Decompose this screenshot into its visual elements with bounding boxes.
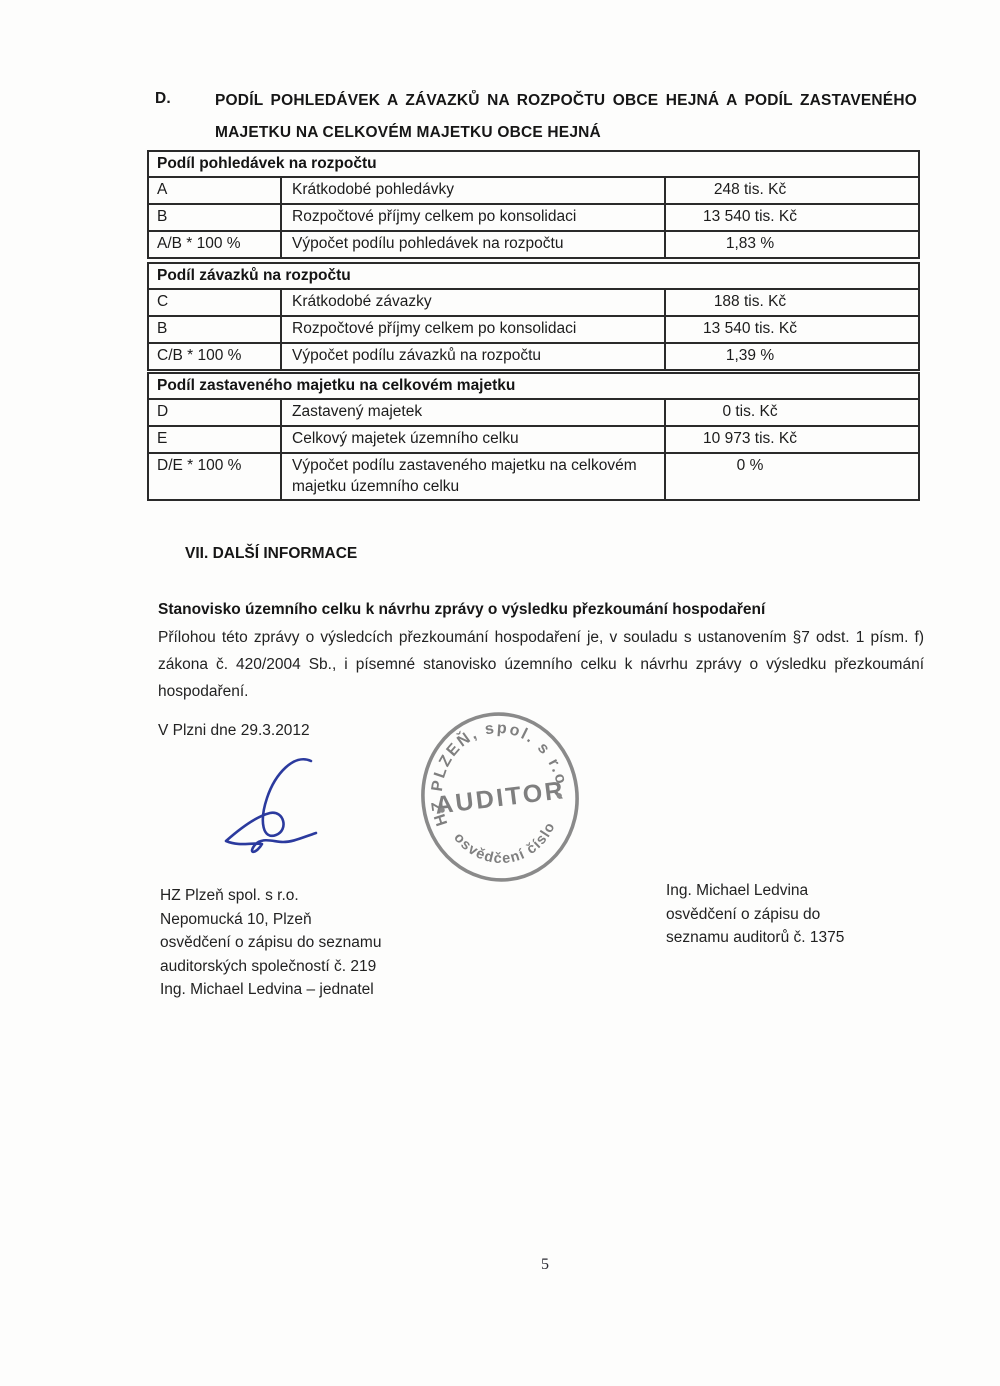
stanovisko-subheading: Stanovisko územního celku k návrhu zpráv… (158, 601, 765, 619)
stanovisko-paragraph: Přílohou této zprávy o výsledcích přezko… (158, 626, 924, 707)
table-row: A/B * 100 % Výpočet podílu pohledávek na… (148, 231, 919, 258)
signer-auditor-block: Ing. Michael Ledvina osvědčení o zápisu … (666, 879, 844, 950)
row-value: 10 973 tis. Kč (665, 426, 919, 453)
row-value: 13 540 tis. Kč (665, 316, 919, 343)
page-number: 5 (0, 1256, 1000, 1274)
row-desc: Výpočet podílu zastaveného majetku na ce… (281, 453, 665, 500)
table-row: B Rozpočtové příjmy celkem po konsolidac… (148, 204, 919, 231)
row-desc: Zastavený majetek (281, 399, 665, 426)
company-cert-line1: osvědčení o zápisu do seznamu (160, 931, 381, 955)
table-title-row: Podíl závazků na rozpočtu (148, 263, 919, 289)
paragraph-line: zákona č. 420/2004 Sb., i písemné stanov… (158, 653, 924, 680)
row-desc: Výpočet podílu pohledávek na rozpočtu (281, 231, 665, 258)
row-value: 1,39 % (665, 343, 919, 370)
section-d-title-line1: PODÍL POHLEDÁVEK A ZÁVAZKŮ NA ROZPOČTU O… (215, 90, 917, 122)
table-zavazky-na-rozpoctu: Podíl závazků na rozpočtu C Krátkodobé z… (147, 262, 920, 371)
table-row: E Celkový majetek územního celku 10 973 … (148, 426, 919, 453)
section-vii-heading: VII. DALŠÍ INFORMACE (185, 545, 357, 563)
row-value: 0 % (665, 453, 919, 500)
date-place-line: V Plzni dne 29.3.2012 (158, 722, 310, 740)
row-desc: Krátkodobé pohledávky (281, 177, 665, 204)
row-value: 1,83 % (665, 231, 919, 258)
table-title: Podíl pohledávek na rozpočtu (148, 151, 919, 177)
row-code: A/B * 100 % (148, 231, 281, 258)
table-row: B Rozpočtové příjmy celkem po konsolidac… (148, 316, 919, 343)
handwritten-signature (222, 754, 334, 858)
row-code: C (148, 289, 281, 316)
table-row: A Krátkodobé pohledávky 248 tis. Kč (148, 177, 919, 204)
table-row: D/E * 100 % Výpočet podílu zastaveného m… (148, 453, 919, 500)
company-name: HZ Plzeň spol. s r.o. (160, 884, 381, 908)
table-pohledavky-na-rozpoctu: Podíl pohledávek na rozpočtu A Krátkodob… (147, 150, 920, 259)
row-value: 0 tis. Kč (665, 399, 919, 426)
table-row: C/B * 100 % Výpočet podílu závazků na ro… (148, 343, 919, 370)
row-code: E (148, 426, 281, 453)
stamp-center-text: AUDITOR (433, 776, 566, 820)
section-d-label: D. (155, 90, 171, 108)
table-title: Podíl závazků na rozpočtu (148, 263, 919, 289)
row-desc: Výpočet podílu závazků na rozpočtu (281, 343, 665, 370)
row-desc: Rozpočtové příjmy celkem po konsolidaci (281, 316, 665, 343)
table-title-row: Podíl zastaveného majetku na celkovém ma… (148, 373, 919, 399)
company-representative: Ing. Michael Ledvina – jednatel (160, 978, 381, 1002)
row-code: A (148, 177, 281, 204)
row-desc: Krátkodobé závazky (281, 289, 665, 316)
row-code: C/B * 100 % (148, 343, 281, 370)
auditor-name: Ing. Michael Ledvina (666, 879, 844, 903)
company-cert-line2: auditorských společností č. 219 (160, 955, 381, 979)
row-code: D (148, 399, 281, 426)
company-address: Nepomucká 10, Plzeň (160, 908, 381, 932)
row-code: B (148, 316, 281, 343)
table-row: C Krátkodobé závazky 188 tis. Kč (148, 289, 919, 316)
paragraph-line: Přílohou této zprávy o výsledcích přezko… (158, 626, 924, 653)
row-value: 248 tis. Kč (665, 177, 919, 204)
paragraph-line: hospodaření. (158, 680, 924, 707)
table-title-row: Podíl pohledávek na rozpočtu (148, 151, 919, 177)
signer-company-block: HZ Plzeň spol. s r.o. Nepomucká 10, Plze… (160, 884, 381, 1002)
row-desc: Rozpočtové příjmy celkem po konsolidaci (281, 204, 665, 231)
row-desc: Celkový majetek územního celku (281, 426, 665, 453)
row-value: 13 540 tis. Kč (665, 204, 919, 231)
auditor-cert-line1: osvědčení o zápisu do (666, 903, 844, 927)
row-code: D/E * 100 % (148, 453, 281, 500)
table-row: D Zastavený majetek 0 tis. Kč (148, 399, 919, 426)
document-page: D. PODÍL POHLEDÁVEK A ZÁVAZKŮ NA ROZPOČT… (0, 0, 1000, 1386)
auditor-cert-line2: seznamu auditorů č. 1375 (666, 926, 844, 950)
table-zastaveny-majetek: Podíl zastaveného majetku na celkovém ma… (147, 372, 920, 501)
table-title: Podíl zastaveného majetku na celkovém ma… (148, 373, 919, 399)
row-code: B (148, 204, 281, 231)
auditor-stamp: HZ PLZEŇ, spol. s r.o. AUDITOR osvědčení… (414, 706, 586, 888)
section-d-title: PODÍL POHLEDÁVEK A ZÁVAZKŮ NA ROZPOČTU O… (215, 90, 917, 154)
row-value: 188 tis. Kč (665, 289, 919, 316)
